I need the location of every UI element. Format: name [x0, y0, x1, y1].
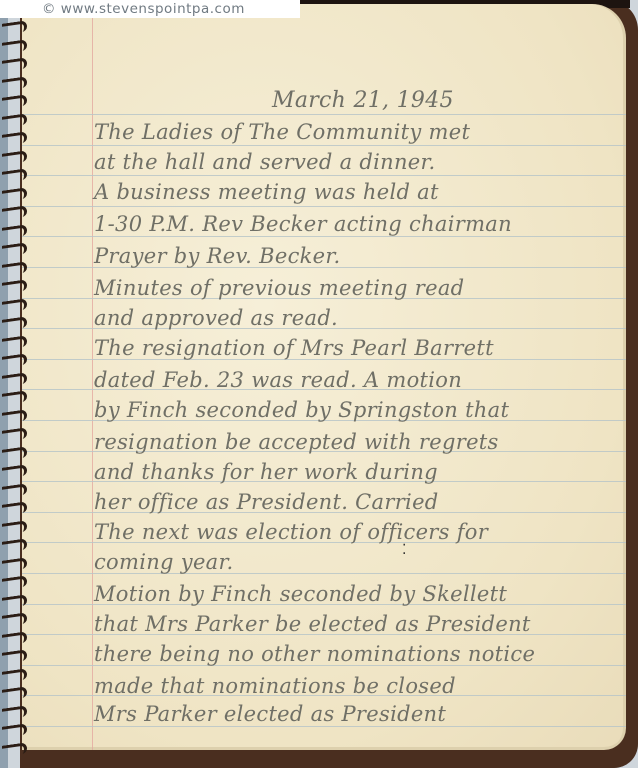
text-line-14: The next was election of officers for	[94, 520, 488, 544]
spiral-coil	[2, 242, 27, 257]
margin-line	[92, 4, 93, 750]
spiral-coil	[2, 501, 27, 516]
spiral-coil	[2, 261, 27, 276]
spiral-coil	[2, 187, 27, 202]
spiral-coil	[2, 631, 27, 646]
ruled-line	[22, 175, 626, 176]
text-line-18: there being no other nominations notice	[94, 642, 535, 666]
text-line-6: Minutes of previous meeting read	[94, 276, 464, 300]
notebook-page: March 21, 1945 The Ladies of The Communi…	[22, 4, 626, 750]
spiral-coil	[2, 668, 27, 683]
text-line-3: A business meeting was held at	[94, 180, 439, 204]
text-line-11: resignation be accepted with regrets	[94, 430, 499, 454]
text-line-20: Mrs Parker elected as President	[94, 702, 446, 726]
spiral-coil	[2, 464, 27, 479]
spiral-coil	[2, 39, 27, 54]
spiral-coil	[2, 686, 27, 701]
text-line-5: Prayer by Rev. Becker.	[94, 244, 340, 268]
spiral-coil	[2, 57, 27, 72]
ruled-line	[22, 206, 626, 207]
text-line-9: dated Feb. 23 was read. A motion	[94, 368, 462, 392]
spiral-coil	[2, 168, 27, 183]
spiral-coil	[2, 94, 27, 109]
spiral-coil	[2, 427, 27, 442]
spiral-coil	[2, 113, 27, 128]
spiral-coil	[2, 316, 27, 331]
spiral-coil	[2, 335, 27, 350]
text-line-4: 1-30 P.M. Rev Becker acting chairman	[94, 212, 512, 236]
text-line-2: at the hall and served a dinner.	[94, 150, 436, 174]
spiral-coil	[2, 612, 27, 627]
ruled-line	[22, 236, 626, 237]
text-line-12: and thanks for her work during	[94, 460, 438, 484]
spiral-coil	[2, 557, 27, 572]
text-line-15: coming year.	[94, 550, 234, 574]
spiral-coil	[2, 520, 27, 535]
spiral-coil	[2, 390, 27, 405]
entry-date: March 21, 1945	[272, 88, 454, 113]
spiral-coil	[2, 705, 27, 720]
spiral-coil	[2, 575, 27, 590]
spiral-coil	[2, 742, 27, 757]
spiral-binding	[0, 14, 34, 764]
spiral-coil	[2, 446, 27, 461]
text-line-7: and approved as read.	[94, 306, 338, 330]
text-line-10: by Finch seconded by Springston that	[94, 398, 509, 422]
text-line-8: The resignation of Mrs Pearl Barrett	[94, 336, 494, 360]
spiral-coil	[2, 150, 27, 165]
text-line-1: The Ladies of The Community met	[94, 120, 470, 144]
ruled-line	[22, 145, 626, 146]
spiral-coil	[2, 279, 27, 294]
watermark: © www.stevenspointpa.com	[0, 0, 300, 18]
spiral-coil	[2, 538, 27, 553]
text-line-16: Motion by Finch seconded by Skellett	[94, 582, 507, 606]
spiral-coil	[2, 353, 27, 368]
ruled-line	[22, 726, 626, 727]
text-line-17: that Mrs Parker be elected as President	[94, 612, 531, 636]
text-line-19: made that nominations be closed	[94, 674, 456, 698]
spiral-coil	[2, 409, 27, 424]
ink-marks: ⁚	[402, 542, 406, 558]
spiral-coil	[2, 298, 27, 313]
spiral-coil	[2, 76, 27, 91]
spiral-coil	[2, 372, 27, 387]
spiral-coil	[2, 483, 27, 498]
spiral-coil	[2, 20, 27, 35]
spiral-coil	[2, 723, 27, 738]
spiral-coil	[2, 205, 27, 220]
text-line-13: her office as President. Carried	[94, 490, 439, 514]
spiral-coil	[2, 649, 27, 664]
spiral-coil	[2, 224, 27, 239]
ruled-line	[22, 114, 626, 115]
spiral-coil	[2, 131, 27, 146]
spiral-coil	[2, 594, 27, 609]
